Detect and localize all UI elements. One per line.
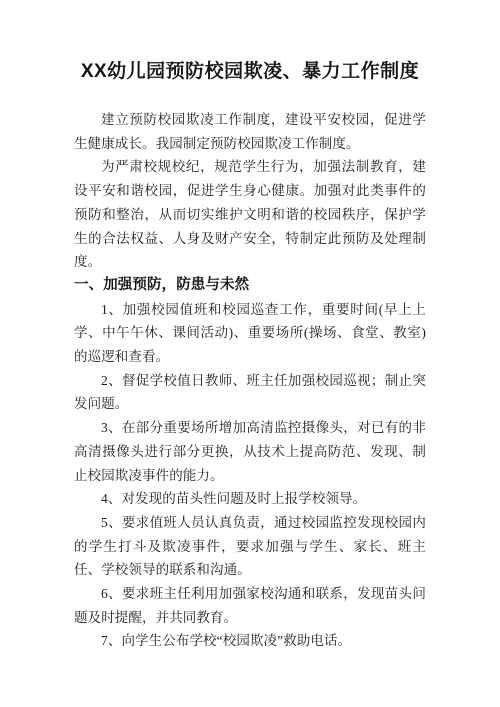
- doc-paragraph: 建立预防校园欺凌工作制度，建设平安校园，促进学生健康成长。我园制定预防校园欺凌工…: [74, 108, 426, 155]
- numbered-item: 6、要求班主任利用加强家校沟通和联系，发现苗头问题及时提醒，并共同教育。: [74, 582, 426, 629]
- numbered-item: 5、要求值班人员认真负责，通过校园监控发现校园内的学生打斗及欺凌事件，要求加强与…: [74, 511, 426, 582]
- numbered-item: 2、督促学校值日教师、班主任加强校园巡视；制止突发问题。: [74, 369, 426, 416]
- section-heading: 一、加强预防，防患与未然: [74, 274, 426, 298]
- doc-paragraph: 为严肃校规校纪，规范学生行为，加强法制教育，建设平安和谐校园，促进学生身心健康。…: [74, 155, 426, 274]
- numbered-item: 3、在部分重要场所增加高清监控摄像头，对已有的非高清摄像头进行部分更换，从技术上…: [74, 416, 426, 487]
- document-body: 建立预防校园欺凌工作制度，建设平安校园，促进学生健康成长。我园制定预防校园欺凌工…: [74, 108, 426, 653]
- document-title: XX幼儿园预防校园欺凌、暴力工作制度: [74, 57, 426, 87]
- document-page: XX幼儿园预防校园欺凌、暴力工作制度 建立预防校园欺凌工作制度，建设平安校园，促…: [0, 0, 500, 707]
- numbered-item: 4、对发现的苗头性问题及时上报学校领导。: [74, 487, 426, 511]
- numbered-item: 1、加强校园值班和校园巡查工作，重要时间(早上上学、中午午休、课间活动)、重要场…: [74, 298, 426, 369]
- numbered-item: 7、向学生公布学校“校园欺凌”救助电话。: [74, 629, 426, 653]
